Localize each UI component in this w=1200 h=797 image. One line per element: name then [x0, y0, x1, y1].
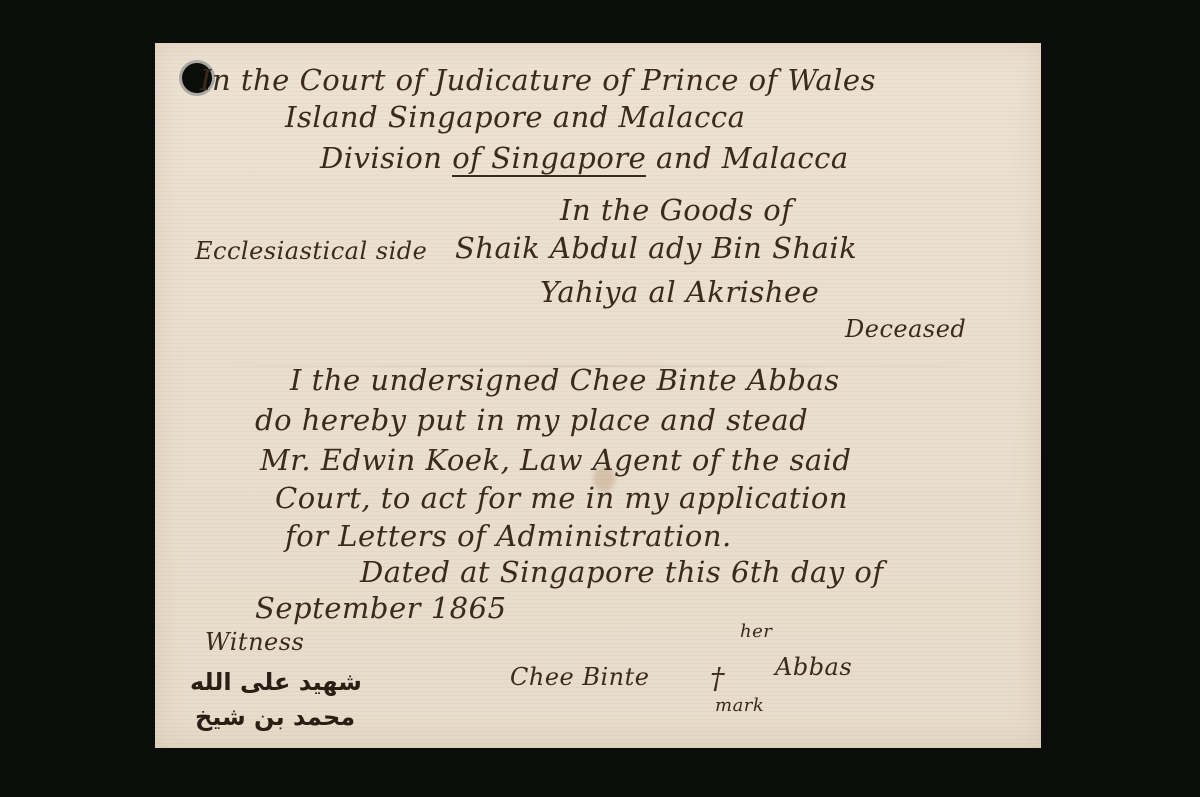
header-division-suffix: and Malacca [646, 141, 848, 175]
document-paper: In the Court of Judicature of Prince of … [155, 43, 1041, 748]
deceased-label: Deceased [845, 315, 966, 343]
witness-label: Witness [205, 628, 304, 656]
her-label: her [740, 621, 772, 642]
signer-first-name: Chee Binte [510, 663, 649, 691]
mark-symbol: † [710, 661, 725, 695]
side-note: Ecclesiastical side [195, 237, 427, 265]
header-division: Division [320, 141, 452, 175]
body-line-4: Court, to act for me in my application [275, 481, 848, 515]
body-line-1: I the undersigned Chee Binte Abbas [290, 363, 840, 397]
body-line-2: do hereby put in my place and stead [255, 403, 808, 437]
deceased-name-2: Yahiya al Akrishee [540, 275, 819, 309]
goods-of: In the Goods of [560, 193, 793, 227]
signer-last-name: Abbas [775, 653, 852, 681]
witness-arabic-1: شهيد على الله [190, 668, 362, 696]
body-line-5: for Letters of Administration. [285, 519, 732, 553]
witness-arabic-2: محمد بن شيخ [195, 703, 355, 731]
dated-line-2: September 1865 [255, 591, 507, 625]
header-line-1: In the Court of Judicature of Prince of … [200, 63, 876, 97]
header-line-3: Division of Singapore and Malacca [320, 141, 849, 175]
body-line-3: Mr. Edwin Koek, Law Agent of the said [260, 443, 852, 477]
deceased-name-1: Shaik Abdul ady Bin Shaik [455, 231, 857, 265]
header-division-underlined: of Singapore [452, 141, 646, 177]
mark-label: mark [715, 695, 764, 716]
dated-line-1: Dated at Singapore this 6th day of [360, 555, 884, 589]
header-line-2: Island Singapore and Malacca [285, 100, 745, 134]
